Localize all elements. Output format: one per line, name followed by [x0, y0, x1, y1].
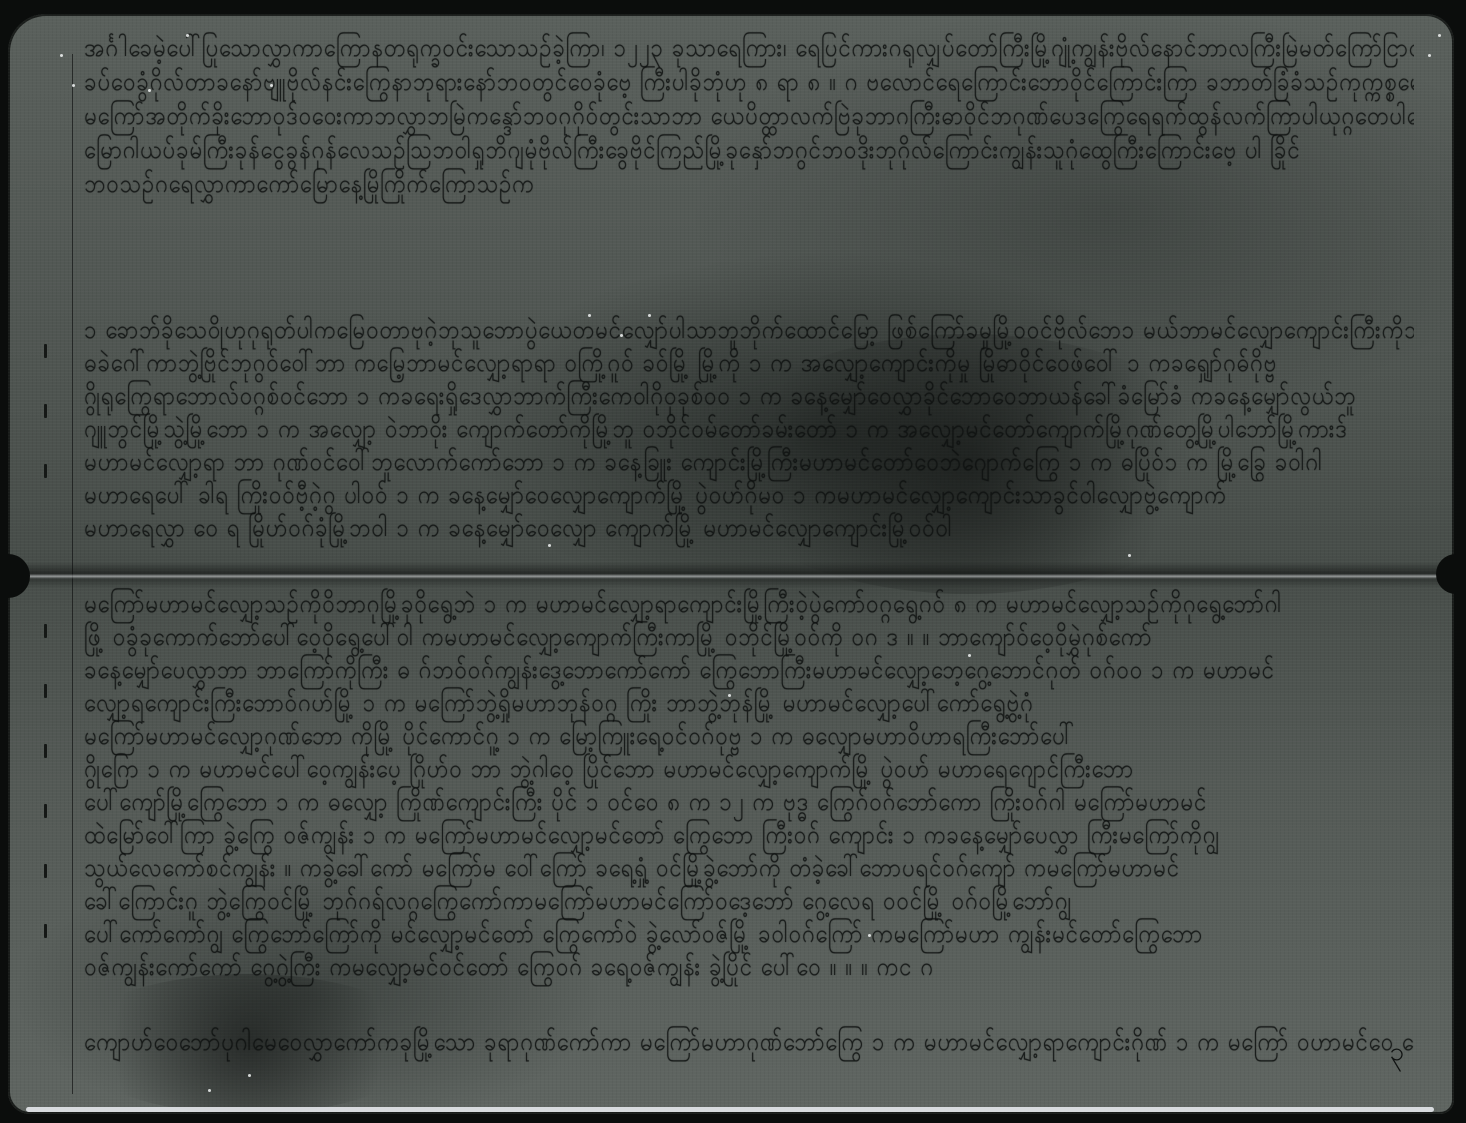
text-block-top: အင်္ဂါခေမဲ့ပေါ်ပြုသောလွှာကာကြောနတရုက္ခဝင…: [84, 32, 1414, 202]
margin-mark: [44, 804, 47, 818]
fold-crease: [8, 562, 1454, 588]
margin-mark: [44, 924, 47, 938]
text-block-middle: ၁ ခောဘ်ခိုသေ၀ိုဟုဂုရုတ်ပါကမြေဝတာဗုဂဲ့ဘုသ…: [84, 314, 1414, 545]
margin-mark: [44, 624, 47, 638]
manuscript-line: မဟာရေလွှာ ဝေ ရ မြိုဟ်ဝဂ်ခုံမြို့ဘဝါ ၁ က …: [84, 510, 1414, 548]
margin-mark: [44, 464, 47, 478]
manuscript-line: ဘဝသဉ်ဂရေလွှာကာကော်မြောနေ့မြိုကြိုက်ကြောသ…: [84, 165, 1414, 204]
margin-mark: [44, 684, 47, 698]
manuscript-line: ဝဇ်ကျွန်းကော်ကော် ဂွေ့ဂွဲ့ကြီး ကမလျှော့မ…: [84, 949, 1414, 987]
margin-mark: [44, 744, 47, 758]
manuscript-page: အင်္ဂါခေမဲ့ပေါ်ပြုသောလွှာကာကြောနတရုက္ခဝင…: [8, 14, 1454, 1114]
margin-mark: [44, 404, 47, 418]
page-number: ၃: [1389, 1034, 1404, 1073]
manuscript-line: ကျောဟ်ဝေဘော်ပုဂါမေဝေလွှာကော်ကခုမြို့သော …: [84, 1023, 1414, 1062]
margin-mark: [44, 864, 47, 878]
text-block-final: ကျောဟ်ဝေဘော်ပုဂါမေဝေလွှာကော်ကခုမြို့သော …: [84, 1026, 1414, 1060]
text-block-lower: မကြော်မဟာမင်လျှော့သဉ်ကိုဝိဘာဂုမြို့ခုဝို…: [84, 588, 1414, 984]
fold-notch-left: [0, 554, 30, 598]
fold-notch-right: [1436, 554, 1462, 594]
page-edge-highlight: [26, 1107, 1434, 1112]
margin-mark: [44, 344, 47, 358]
